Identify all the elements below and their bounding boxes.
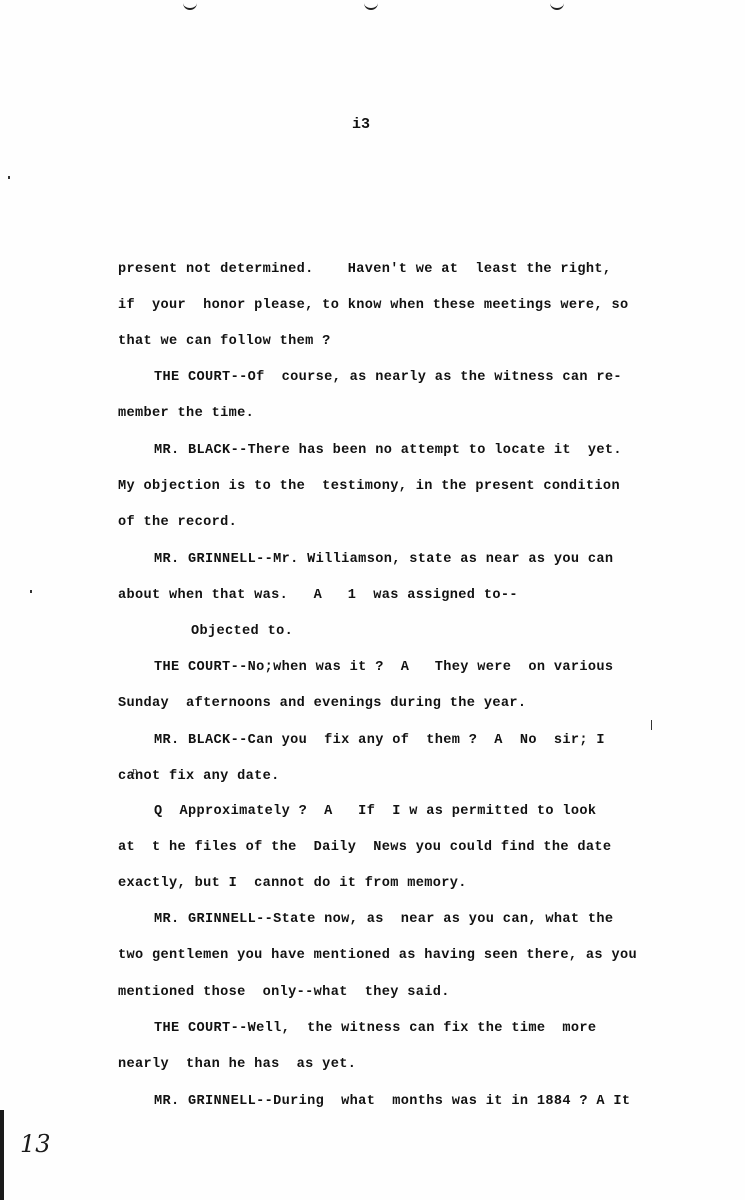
margin-speck — [8, 176, 10, 179]
text-line: canot fix any date. — [118, 769, 280, 785]
text-line: THE COURT--Of course, as nearly as the w… — [154, 370, 622, 386]
text-line: MR. BLACK--Can you fix any of them ? A N… — [154, 733, 605, 749]
text-line: at t he files of the Daily News you coul… — [118, 840, 611, 856]
text-line: of the record. — [118, 515, 237, 531]
text-line: present not determined. Haven't we at le… — [118, 262, 611, 278]
text-line: My objection is to the testimony, in the… — [118, 479, 620, 495]
text-line: that we can follow them ? — [118, 334, 331, 350]
text-line: about when that was. A 1 was assigned to… — [118, 588, 518, 604]
scan-edge-shadow — [0, 1110, 4, 1200]
handwritten-page-number: 13 — [20, 1130, 51, 1158]
document-page: i3 present not determined. Haven't we at… — [0, 0, 745, 1200]
margin-speck — [30, 590, 32, 593]
text-line: nearly than he has as yet. — [118, 1057, 356, 1073]
text-line: THE COURT--No;when was it ? A They were … — [154, 660, 613, 676]
text-line: Sunday afternoons and evenings during th… — [118, 696, 526, 712]
text-line: MR. GRINNELL--Mr. Williamson, state as n… — [154, 552, 613, 568]
text-line: if your honor please, to know when these… — [118, 298, 628, 314]
text-line: mentioned those only--what they said. — [118, 985, 450, 1001]
margin-speck — [651, 720, 652, 730]
page-number: i3 — [352, 116, 370, 133]
binding-hole-mark — [364, 0, 378, 10]
handwritten-correction: n — [132, 767, 138, 777]
text-line: THE COURT--Well, the witness can fix the… — [154, 1021, 596, 1037]
text-line: MR. GRINNELL--State now, as near as you … — [154, 912, 613, 928]
text-line: Objected to. — [191, 624, 293, 640]
text-line: member the time. — [118, 406, 254, 422]
text-line: exactly, but I cannot do it from memory. — [118, 876, 467, 892]
text-line: MR. BLACK--There has been no attempt to … — [154, 443, 622, 459]
binding-hole-mark — [550, 0, 564, 10]
binding-hole-mark — [183, 0, 197, 10]
text-line: Q Approximately ? A If I w as permitted … — [154, 804, 596, 820]
text-line: two gentlemen you have mentioned as havi… — [118, 948, 637, 964]
text-line: MR. GRINNELL--During what months was it … — [154, 1094, 630, 1110]
